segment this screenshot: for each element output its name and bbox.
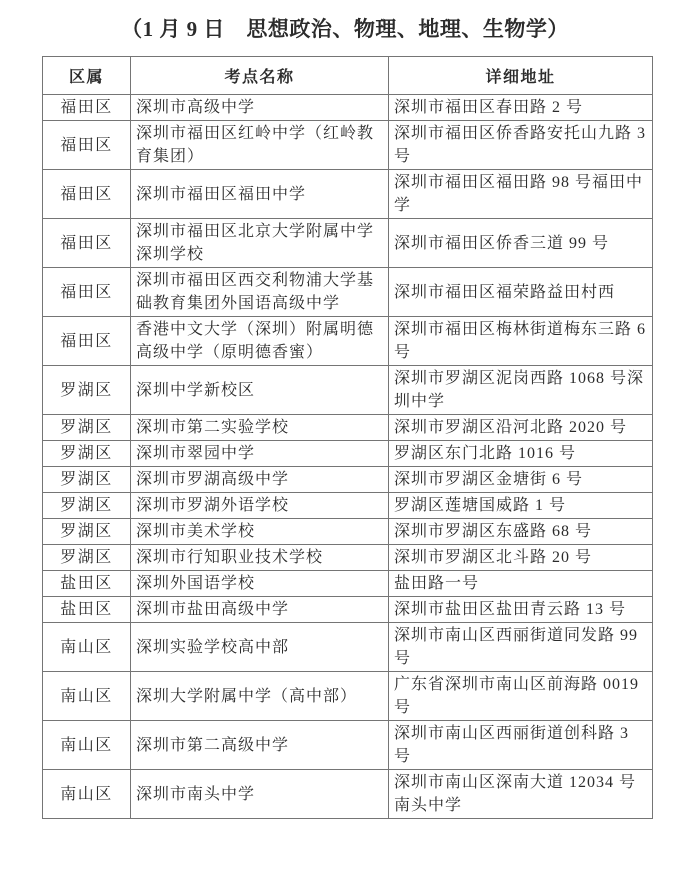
table-row: 罗湖区深圳市美术学校深圳市罗湖区东盛路 68 号 xyxy=(43,519,653,545)
district-cell: 福田区 xyxy=(43,268,131,317)
address-cell: 深圳市罗湖区沿河北路 2020 号 xyxy=(389,415,653,441)
table-body: 福田区深圳市高级中学深圳市福田区春田路 2 号福田区深圳市福田区红岭中学（红岭教… xyxy=(43,95,653,819)
address-cell: 深圳市福田区福田路 98 号福田中学 xyxy=(389,170,653,219)
site-name-cell: 深圳市行知职业技术学校 xyxy=(131,545,389,571)
site-name-cell: 深圳市福田区福田中学 xyxy=(131,170,389,219)
district-cell: 南山区 xyxy=(43,623,131,672)
address-cell: 广东省深圳市南山区前海路 0019 号 xyxy=(389,672,653,721)
table-row: 盐田区深圳市盐田高级中学深圳市盐田区盐田青云路 13 号 xyxy=(43,597,653,623)
site-name-cell: 深圳市盐田高级中学 xyxy=(131,597,389,623)
district-cell: 罗湖区 xyxy=(43,415,131,441)
site-name-cell: 香港中文大学（深圳）附属明德高级中学（原明德香蜜） xyxy=(131,317,389,366)
table-row: 南山区深圳市南头中学深圳市南山区深南大道 12034 号南头中学 xyxy=(43,770,653,819)
site-name-cell: 深圳市第二实验学校 xyxy=(131,415,389,441)
col-header-site-name: 考点名称 xyxy=(131,57,389,95)
site-name-cell: 深圳实验学校高中部 xyxy=(131,623,389,672)
address-cell: 罗湖区莲塘国威路 1 号 xyxy=(389,493,653,519)
site-name-cell: 深圳市福田区北京大学附属中学深圳学校 xyxy=(131,219,389,268)
table-row: 南山区深圳大学附属中学（高中部）广东省深圳市南山区前海路 0019 号 xyxy=(43,672,653,721)
address-cell: 深圳市盐田区盐田青云路 13 号 xyxy=(389,597,653,623)
district-cell: 福田区 xyxy=(43,95,131,121)
table-row: 罗湖区深圳市第二实验学校深圳市罗湖区沿河北路 2020 号 xyxy=(43,415,653,441)
address-cell: 深圳市南山区深南大道 12034 号南头中学 xyxy=(389,770,653,819)
site-name-cell: 深圳市福田区西交利物浦大学基础教育集团外国语高级中学 xyxy=(131,268,389,317)
site-name-cell: 深圳市美术学校 xyxy=(131,519,389,545)
address-cell: 深圳市罗湖区泥岗西路 1068 号深圳中学 xyxy=(389,366,653,415)
address-cell: 深圳市福田区梅林街道梅东三路 6 号 xyxy=(389,317,653,366)
district-cell: 盐田区 xyxy=(43,571,131,597)
table-row: 罗湖区深圳中学新校区深圳市罗湖区泥岗西路 1068 号深圳中学 xyxy=(43,366,653,415)
site-name-cell: 深圳市高级中学 xyxy=(131,95,389,121)
district-cell: 南山区 xyxy=(43,672,131,721)
address-cell: 罗湖区东门北路 1016 号 xyxy=(389,441,653,467)
district-cell: 罗湖区 xyxy=(43,366,131,415)
district-cell: 罗湖区 xyxy=(43,441,131,467)
address-cell: 深圳市南山区西丽街道创科路 3 号 xyxy=(389,721,653,770)
table-row: 南山区深圳市第二高级中学深圳市南山区西丽街道创科路 3 号 xyxy=(43,721,653,770)
site-name-cell: 深圳市福田区红岭中学（红岭教育集团） xyxy=(131,121,389,170)
district-cell: 福田区 xyxy=(43,317,131,366)
district-cell: 罗湖区 xyxy=(43,545,131,571)
table-row: 罗湖区深圳市翠园中学罗湖区东门北路 1016 号 xyxy=(43,441,653,467)
col-header-address: 详细地址 xyxy=(389,57,653,95)
site-name-cell: 深圳市第二高级中学 xyxy=(131,721,389,770)
table-row: 罗湖区深圳市行知职业技术学校深圳市罗湖区北斗路 20 号 xyxy=(43,545,653,571)
col-header-district: 区属 xyxy=(43,57,131,95)
district-cell: 罗湖区 xyxy=(43,493,131,519)
table-row: 南山区深圳实验学校高中部深圳市南山区西丽街道同发路 99 号 xyxy=(43,623,653,672)
site-name-cell: 深圳外国语学校 xyxy=(131,571,389,597)
address-cell: 深圳市南山区西丽街道同发路 99 号 xyxy=(389,623,653,672)
site-name-cell: 深圳中学新校区 xyxy=(131,366,389,415)
district-cell: 福田区 xyxy=(43,219,131,268)
exam-sites-table: 区属 考点名称 详细地址 福田区深圳市高级中学深圳市福田区春田路 2 号福田区深… xyxy=(42,56,653,819)
address-cell: 深圳市罗湖区金塘街 6 号 xyxy=(389,467,653,493)
address-cell: 深圳市罗湖区东盛路 68 号 xyxy=(389,519,653,545)
address-cell: 深圳市福田区福荣路益田村西 xyxy=(389,268,653,317)
address-cell: 深圳市福田区春田路 2 号 xyxy=(389,95,653,121)
district-cell: 福田区 xyxy=(43,121,131,170)
table-row: 福田区深圳市福田区红岭中学（红岭教育集团）深圳市福田区侨香路安托山九路 3 号 xyxy=(43,121,653,170)
address-cell: 盐田路一号 xyxy=(389,571,653,597)
district-cell: 南山区 xyxy=(43,721,131,770)
table-row: 福田区深圳市高级中学深圳市福田区春田路 2 号 xyxy=(43,95,653,121)
document-page: （1 月 9 日 思想政治、物理、地理、生物学） 区属 考点名称 详细地址 福田… xyxy=(0,0,690,895)
site-name-cell: 深圳大学附属中学（高中部） xyxy=(131,672,389,721)
site-name-cell: 深圳市罗湖外语学校 xyxy=(131,493,389,519)
site-name-cell: 深圳市罗湖高级中学 xyxy=(131,467,389,493)
table-row: 福田区深圳市福田区福田中学深圳市福田区福田路 98 号福田中学 xyxy=(43,170,653,219)
district-cell: 罗湖区 xyxy=(43,467,131,493)
table-row: 盐田区深圳外国语学校盐田路一号 xyxy=(43,571,653,597)
district-cell: 盐田区 xyxy=(43,597,131,623)
district-cell: 南山区 xyxy=(43,770,131,819)
table-row: 罗湖区深圳市罗湖外语学校罗湖区莲塘国威路 1 号 xyxy=(43,493,653,519)
site-name-cell: 深圳市南头中学 xyxy=(131,770,389,819)
header-row: 区属 考点名称 详细地址 xyxy=(43,57,653,95)
table-row: 福田区香港中文大学（深圳）附属明德高级中学（原明德香蜜）深圳市福田区梅林街道梅东… xyxy=(43,317,653,366)
table-row: 福田区深圳市福田区北京大学附属中学深圳学校深圳市福田区侨香三道 99 号 xyxy=(43,219,653,268)
district-cell: 福田区 xyxy=(43,170,131,219)
district-cell: 罗湖区 xyxy=(43,519,131,545)
table-row: 福田区深圳市福田区西交利物浦大学基础教育集团外国语高级中学深圳市福田区福荣路益田… xyxy=(43,268,653,317)
address-cell: 深圳市福田区侨香路安托山九路 3 号 xyxy=(389,121,653,170)
site-name-cell: 深圳市翠园中学 xyxy=(131,441,389,467)
table-row: 罗湖区深圳市罗湖高级中学深圳市罗湖区金塘街 6 号 xyxy=(43,467,653,493)
address-cell: 深圳市罗湖区北斗路 20 号 xyxy=(389,545,653,571)
address-cell: 深圳市福田区侨香三道 99 号 xyxy=(389,219,653,268)
page-title: （1 月 9 日 思想政治、物理、地理、生物学） xyxy=(0,0,690,43)
